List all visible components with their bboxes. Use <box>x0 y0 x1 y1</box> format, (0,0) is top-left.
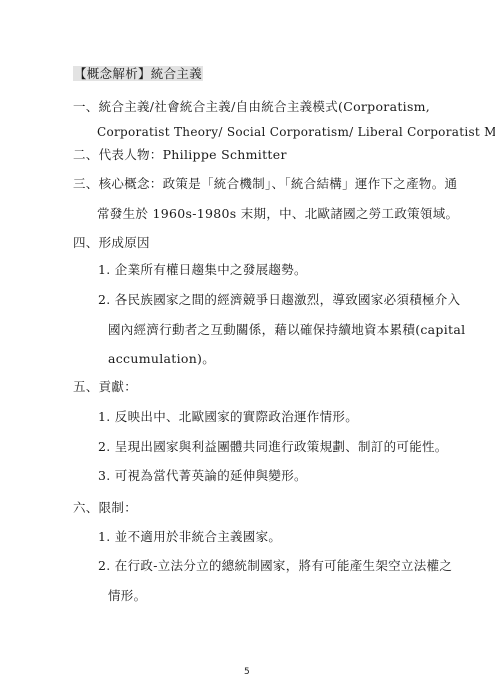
item-4-line: 四、形成原因 <box>73 235 150 251</box>
item-5-sub-2: 2. 呈現出國家與利益團體共同進行政策規劃、制訂的可能性。 <box>98 439 448 455</box>
section-heading: 【概念解析】統合主義 <box>73 66 203 82</box>
item-4-sub-2-cont: 國內經濟行動者之互動關係，藉以確保持續地資本累積(capital <box>108 322 465 338</box>
item-6-sub-2: 2. 在行政-立法分立的總統制國家，將有可能產生架空立法權之 <box>98 558 452 574</box>
item-6-line: 六、限制： <box>73 500 137 516</box>
item-4-sub-2-cont2: accumulation)。 <box>108 351 215 367</box>
item-1-continuation: Corporatist Theory/ Social Corporatism/ … <box>97 124 495 140</box>
item-2-line: 二、代表人物：Philippe Schmitter <box>73 147 287 163</box>
item-3-line: 三、核心概念：政策是「統合機制」、「統合結構」運作下之產物。通 <box>73 176 457 192</box>
heading-text: 【概念解析】統合主義 <box>73 66 203 81</box>
item-1-line: 一、統合主義/社會統合主義/自由統合主義模式(Corporatism, <box>73 99 430 115</box>
item-6-sub-2-cont: 情形。 <box>108 588 146 604</box>
item-3-continuation: 常發生於 1960s-1980s 末期，中、北歐諸國之勞工政策領域。 <box>97 206 458 222</box>
item-5-sub-3: 3. 可視為當代菁英論的延伸與變形。 <box>98 468 307 484</box>
page-number: 5 <box>244 667 250 677</box>
item-5-line: 五、貢獻： <box>73 379 137 395</box>
item-5-sub-1: 1. 反映出中、北歐國家的實際政治運作情形。 <box>98 409 358 425</box>
item-4-sub-1: 1. 企業所有權日趨集中之發展趨勢。 <box>98 262 307 278</box>
item-4-sub-2: 2. 各民族國家之間的經濟競爭日趨激烈，導致國家必須積極介入 <box>98 292 460 308</box>
item-6-sub-1: 1. 並不適用於非統合主義國家。 <box>98 529 281 545</box>
